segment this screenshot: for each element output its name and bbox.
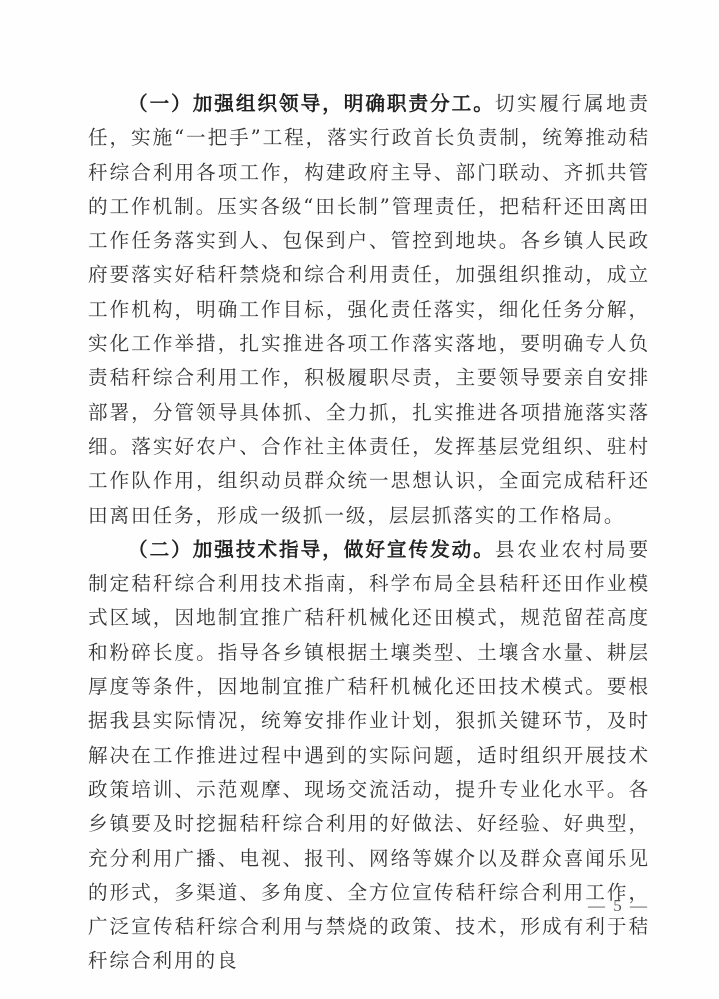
paragraph-technical-guidance: （二）加强技术指导，做好宣传发动。县农业农村局要制定秸秆综合利用技术指南，科学布… [88,533,650,979]
document-body: （一）加强组织领导，明确职责分工。切实履行属地责任，实施“一把手”工程，落实行政… [88,87,650,979]
paragraph-body-1: 切实履行属地责任，实施“一把手”工程，落实行政首长负责制，统筹推动秸秆综合利用各… [88,92,650,527]
section-heading-2: （二）加强技术指导，做好宣传发动。 [128,538,495,561]
section-heading-1: （一）加强组织领导，明确职责分工。 [128,92,495,115]
document-page: （一）加强组织领导，明确职责分工。切实履行属地责任，实施“一把手”工程，落实行政… [0,0,719,999]
paragraph-organization-leadership: （一）加强组织领导，明确职责分工。切实履行属地责任，实施“一把手”工程，落实行政… [88,87,650,533]
page-number: — 5 — [588,896,649,916]
paragraph-body-2: 县农业农村局要制定秸秆综合利用技术指南，科学布局全县秸秆还田作业模式区域，因地制… [88,538,650,973]
